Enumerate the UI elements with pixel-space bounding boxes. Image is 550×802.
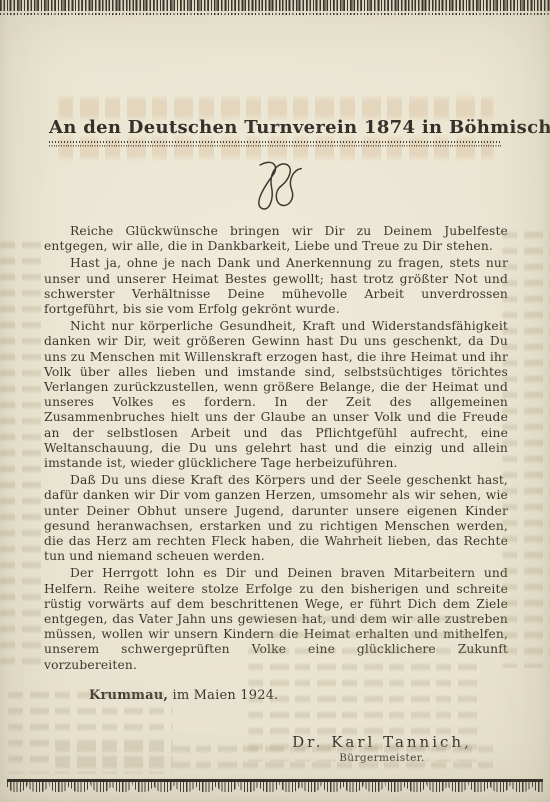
letter-heading: An den Deutschen Turnverein 1874 in Böhm… [49,117,501,147]
scanned-letter-page: An den Deutschen Turnverein 1874 in Böhm… [0,0,550,802]
paragraph-2: Hast ja, ohne je nach Dank und Anerkennu… [44,256,508,317]
top-border-hatching [0,0,550,11]
paragraph-3: Nicht nur körperliche Gesundheit, Kraft … [44,319,508,471]
top-border-dotted-rule [0,13,550,15]
bottom-border-fringe [7,782,543,792]
page-title: An den Deutschen Turnverein 1874 in Böhm… [49,117,501,138]
paragraph-4: Daß Du uns diese Kraft des Körpers und d… [44,473,508,564]
signature-name: Dr. Karl Tannich, [284,733,480,751]
top-ornamental-border [0,0,550,17]
dateline-date: im Maien 1924. [168,688,278,703]
title-underline-dotted [49,141,501,147]
paragraph-1: Reiche Glückwünsche bringen wir Dir zu D… [44,224,508,254]
dateline: Krummau, im Maien 1924. [89,688,550,703]
signature-block: Dr. Karl Tannich, Bürgermeister. [284,733,480,764]
dateline-place: Krummau, [89,688,168,703]
bottom-ornamental-border [7,779,543,792]
bleedthrough-texture [502,228,550,668]
signature-role: Bürgermeister. [284,752,480,764]
flourish-ornament-icon [0,158,550,212]
paragraph-5: Der Herrgott lohn es Dir und Deinen brav… [44,566,508,672]
letter-body: Reiche Glückwünsche bringen wir Dir zu D… [44,224,508,673]
bleedthrough-texture [0,238,46,668]
